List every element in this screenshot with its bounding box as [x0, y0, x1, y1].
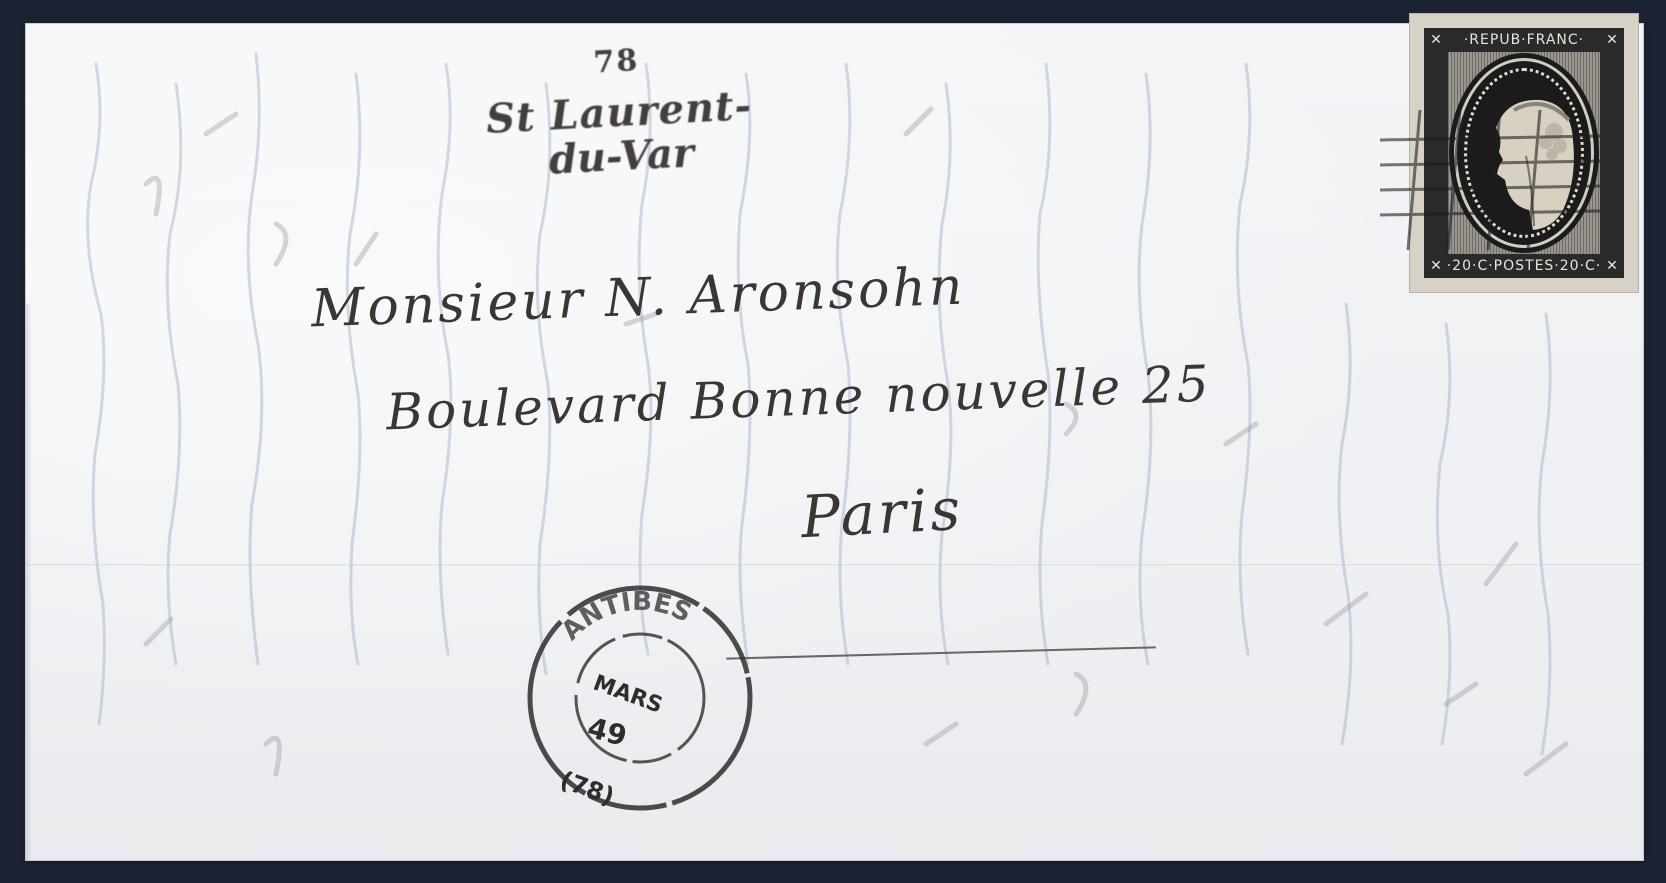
address-underline: [726, 646, 1156, 659]
address-line-1: Monsieur N. Aronsohn: [310, 257, 966, 340]
reverse-ink-show-through: [26, 24, 1643, 860]
stamp-top-inscription: ·REPUB·FRANC·: [1434, 30, 1614, 50]
datestamp-postmark: ANTIBES MARS 49 (78): [522, 580, 762, 820]
address-line-2: Boulevard Bonne nouvelle 25: [385, 355, 1212, 442]
handstamp-number: 78: [483, 39, 750, 84]
stamp-bottom-inscription: ·20·C·POSTES·20·C·: [1434, 256, 1614, 276]
postmark-town: ANTIBES: [556, 587, 696, 647]
horizontal-fold: [26, 564, 1643, 567]
town-handstamp: 78 St Laurent- du-Var: [483, 39, 756, 184]
postmark-month: MARS: [590, 671, 666, 719]
postage-stamp: ✕ ✕ ✕ ✕ ·REPUB·FRANC· ·20·C·POSTES·20·C·: [1410, 14, 1638, 292]
postmark-year: 49: [584, 711, 630, 753]
left-edge-fold: [26, 304, 32, 860]
ceres-head-icon: [1454, 58, 1594, 248]
address-line-3: Paris: [799, 475, 964, 551]
postmark-office: (78): [556, 766, 618, 811]
letter-cover: 78 St Laurent- du-Var Monsieur N. Aronso…: [26, 24, 1643, 860]
